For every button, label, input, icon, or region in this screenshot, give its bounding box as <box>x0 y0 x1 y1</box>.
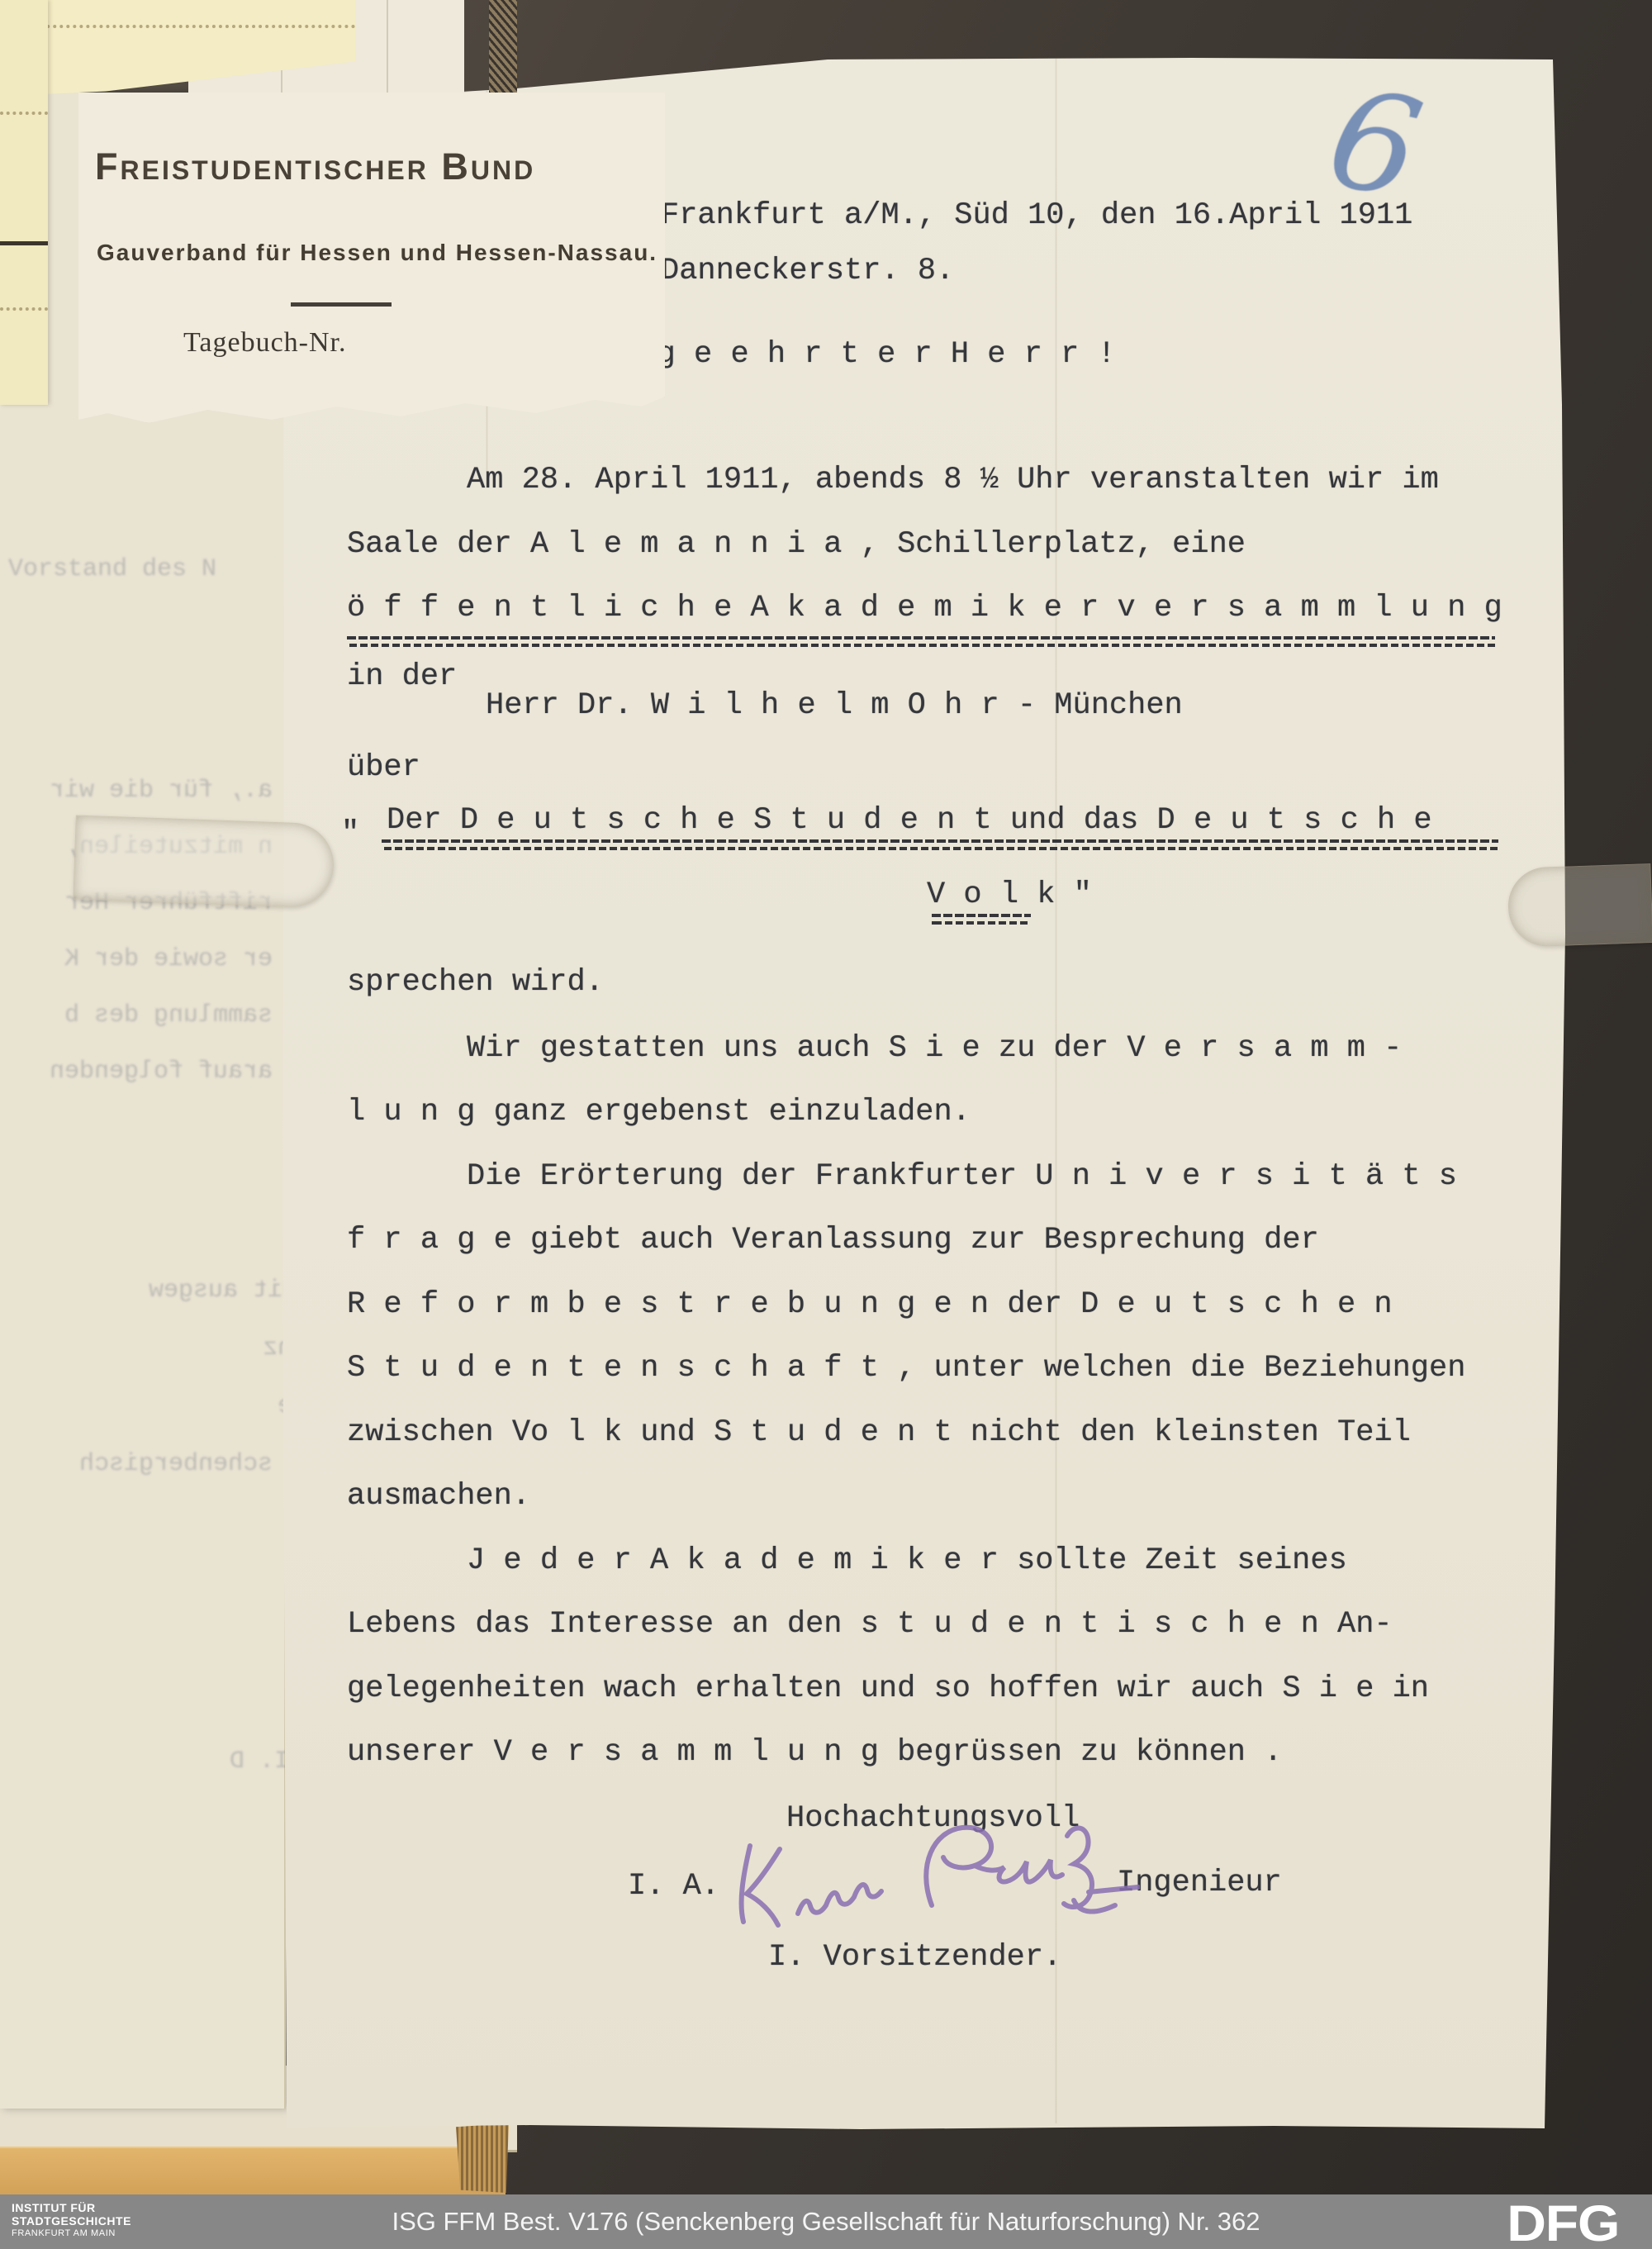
organization-subtitle: Gauverband für Hessen und Hessen-Nassau. <box>97 240 657 266</box>
body-line: über <box>347 750 420 785</box>
ghost-text: Vorstand des N <box>8 555 281 583</box>
ghost-text: sammlung des b <box>0 1001 273 1029</box>
ghost-text: arauf folgenden <box>0 1058 273 1086</box>
body-line: Saale der A l e m a n n i a , Schillerpl… <box>347 527 1246 562</box>
dashed-double-underline <box>347 636 1495 647</box>
body-line: l u n g ganz ergebenst einzuladen. <box>347 1095 971 1129</box>
lecture-title-line: Der D e u t s c h e S t u d e n t und da… <box>387 803 1432 838</box>
dateline-street: Danneckerstr. 8. <box>661 254 954 288</box>
body-line: in der <box>347 659 457 694</box>
body-line: unserer V e r s a m m l u n g begrüssen … <box>347 1735 1282 1770</box>
ruled-line <box>0 307 48 311</box>
body-line: Am 28. April 1911, abends 8 ½ Uhr verans… <box>467 463 1439 497</box>
ghost-text: ganz <box>50 1334 322 1362</box>
ghost-text: Mit ausgew <box>25 1277 297 1305</box>
body-line: ausmachen. <box>347 1479 530 1514</box>
body-line: S t u d e n t e n s c h a f t , unter we… <box>347 1351 1465 1386</box>
frayed-edge-top <box>489 0 517 94</box>
letterhead-rule <box>291 302 392 307</box>
organization-name: Freistudentischer Bund <box>95 145 535 188</box>
body-line: sprechen wird. <box>347 965 604 1000</box>
ghost-text: e. <box>50 1508 322 1536</box>
dfg-logo: DFG <box>1507 2194 1619 2249</box>
open-quote: " <box>341 816 359 851</box>
caption-bar: INSTITUT FÜR STADTGESCHICHTE FRANKFURT A… <box>0 2194 1652 2249</box>
dashed-double-underline <box>382 839 1498 850</box>
mounting-clip-right <box>1507 863 1652 948</box>
frayed-edge-bottom <box>456 2123 509 2193</box>
body-line: R e f o r m b e s t r e b u n g e n der … <box>347 1287 1393 1322</box>
ghost-text: a., für die wir <box>0 777 273 805</box>
speaker-line: Herr Dr. W i l h e l m O h r - München <box>486 688 1183 723</box>
body-line: zwischen Vo l k und S t u d e n t nicht … <box>347 1415 1411 1450</box>
body-line: Wir gestatten uns auch S i e zu der V e … <box>467 1031 1402 1066</box>
ghost-text: schenbergisch <box>0 1450 273 1478</box>
mounting-clip-left <box>73 815 335 909</box>
body-line: f r a g e giebt auch Veranlassung zur Be… <box>347 1223 1319 1258</box>
lecture-title-line: V o l k " <box>927 877 1092 912</box>
archive-scan: Vorstand des N a., für die wir n mitzute… <box>0 0 1652 2249</box>
archive-reference-caption: ISG FFM Best. V176 (Senckenberg Gesellsc… <box>0 2207 1652 2237</box>
body-line: Die Erörterung der Frankfurter U n i v e… <box>467 1159 1457 1194</box>
dashed-double-underline <box>932 914 1031 925</box>
ghost-text: die <box>50 1392 322 1420</box>
dateline-place-date: Frankfurt a/M., Süd 10, den 16.April 191… <box>661 198 1412 233</box>
diary-number-label: Tagebuch-Nr. <box>183 327 347 359</box>
ghost-text: er sowie der K <box>0 945 273 973</box>
body-line: gelegenheiten wach erhalten und so hoffe… <box>347 1671 1429 1706</box>
letterhead-slip: Freistudentischer Bund Gauverband für He… <box>78 93 665 423</box>
body-line: J e d e r A k a d e m i k e r sollte Zei… <box>467 1543 1347 1578</box>
body-line: Lebens das Interesse an den s t u d e n … <box>347 1607 1393 1642</box>
ruled-line <box>0 241 48 245</box>
tan-paper-edge <box>0 2147 506 2196</box>
body-line-emphasized: ö f f e n t l i c h e A k a d e m i k e … <box>347 591 1502 625</box>
ghost-text: I. D <box>17 1747 289 1776</box>
per-abbreviation: I. A. <box>628 1869 719 1904</box>
yellow-paper-column <box>0 0 48 405</box>
profession-label: Ingenieur <box>1117 1866 1282 1900</box>
ruled-line <box>0 112 48 115</box>
ruled-line <box>0 25 355 28</box>
handwritten-signature <box>727 1816 1140 1948</box>
